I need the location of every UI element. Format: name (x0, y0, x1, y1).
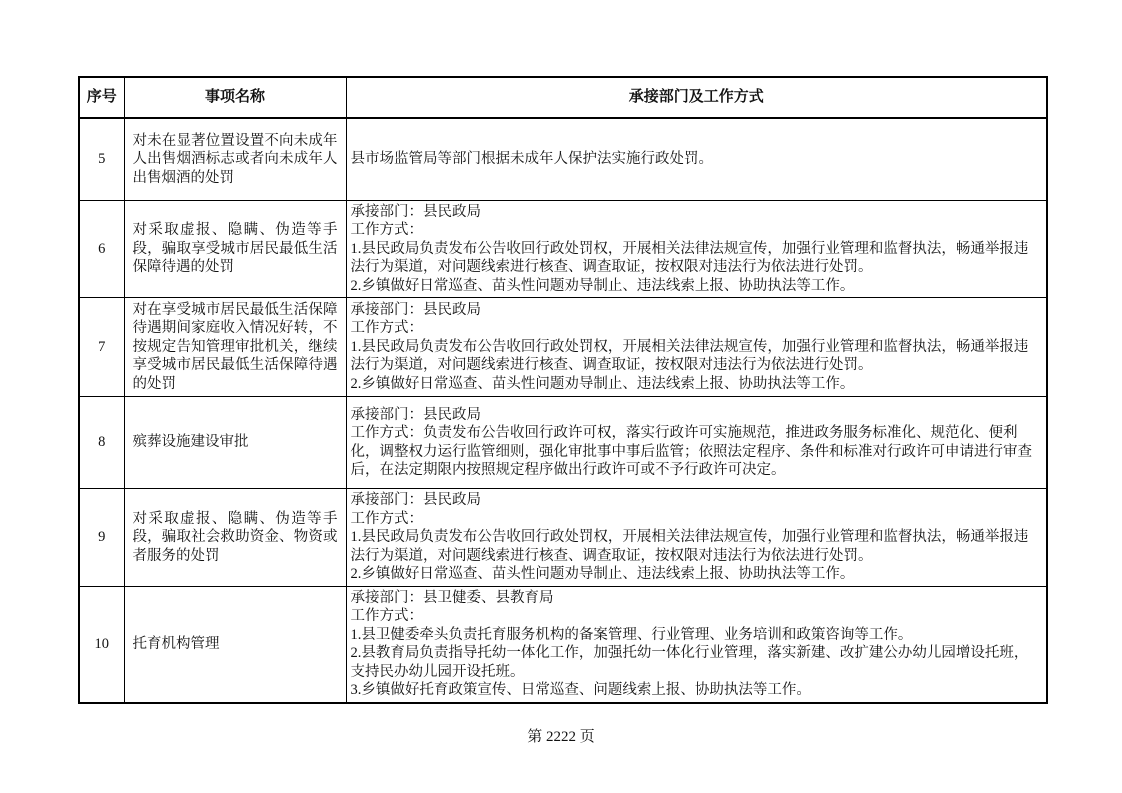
detail-line: 1.县卫健委牵头负责托育服务机构的备案管理、行业管理、业务培训和政策咨询等工作。 (351, 626, 1042, 645)
item-name-cell: 殡葬设施建设审批 (124, 397, 346, 489)
page-number: 第 2222 页 (0, 725, 1122, 746)
detail-line: 2.乡镇做好日常巡查、苗头性问题劝导制止、违法线索上报、协助执法等工作。 (351, 565, 1042, 584)
item-name-cell: 对采取虚报、隐瞒、伪造等手段，骗取享受城市居民最低生活保障待遇的处罚 (124, 200, 346, 298)
dept-method-cell: 承接部门：县民政局工作方式：1.县民政局负责发布公告收回行政处罚权，开展相关法律… (346, 298, 1047, 397)
dept-method-cell: 县市场监管局等部门根据未成年人保护法实施行政处罚。 (346, 118, 1047, 200)
header-item-name: 事项名称 (124, 77, 346, 118)
item-name-cell: 对在享受城市居民最低生活保障待遇期间家庭收入情况好转，不按规定告知管理审批机关，… (124, 298, 346, 397)
detail-line: 承接部门：县卫健委、县教育局 (351, 589, 1042, 608)
row-number-cell: 10 (79, 586, 124, 703)
detail-line: 1.县民政局负责发布公告收回行政处罚权，开展相关法律法规宣传，加强行业管理和监督… (351, 240, 1042, 277)
document-page: 序号 事项名称 承接部门及工作方式 5对未在显著位置设置不向未成年人出售烟酒标志… (0, 0, 1122, 793)
detail-line: 承接部门：县民政局 (351, 406, 1042, 425)
detail-line: 县市场监管局等部门根据未成年人保护法实施行政处罚。 (351, 150, 1042, 169)
dept-method-cell: 承接部门：县民政局工作方式：1.县民政局负责发布公告收回行政处罚权，开展相关法律… (346, 489, 1047, 587)
table-row: 10托育机构管理承接部门：县卫健委、县教育局工作方式：1.县卫健委牵头负责托育服… (79, 586, 1047, 703)
row-number-cell: 5 (79, 118, 124, 200)
detail-line: 1.县民政局负责发布公告收回行政处罚权，开展相关法律法规宣传，加强行业管理和监督… (351, 528, 1042, 565)
detail-line: 承接部门：县民政局 (351, 203, 1042, 222)
table-row: 6对采取虚报、隐瞒、伪造等手段，骗取享受城市居民最低生活保障待遇的处罚承接部门：… (79, 200, 1047, 298)
table-row: 5对未在显著位置设置不向未成年人出售烟酒标志或者向未成年人出售烟酒的处罚县市场监… (79, 118, 1047, 200)
detail-line: 承接部门：县民政局 (351, 491, 1042, 510)
row-number-cell: 8 (79, 397, 124, 489)
detail-line: 1.县民政局负责发布公告收回行政处罚权，开展相关法律法规宣传，加强行业管理和监督… (351, 338, 1042, 375)
table-header-row: 序号 事项名称 承接部门及工作方式 (79, 77, 1047, 118)
row-number-cell: 9 (79, 489, 124, 587)
detail-line: 2.乡镇做好日常巡查、苗头性问题劝导制止、违法线索上报、协助执法等工作。 (351, 277, 1042, 296)
items-table: 序号 事项名称 承接部门及工作方式 5对未在显著位置设置不向未成年人出售烟酒标志… (78, 76, 1048, 704)
detail-line: 工作方式： (351, 510, 1042, 529)
row-number-cell: 6 (79, 200, 124, 298)
detail-line: 工作方式： (351, 607, 1042, 626)
header-dept-method: 承接部门及工作方式 (346, 77, 1047, 118)
table-body: 5对未在显著位置设置不向未成年人出售烟酒标志或者向未成年人出售烟酒的处罚县市场监… (79, 118, 1047, 703)
detail-line: 工作方式：负责发布公告收回行政许可权，落实行政许可实施规范，推进政务服务标准化、… (351, 424, 1042, 480)
item-name-cell: 托育机构管理 (124, 586, 346, 703)
detail-line: 承接部门：县民政局 (351, 301, 1042, 320)
detail-line: 工作方式： (351, 319, 1042, 338)
table-row: 8殡葬设施建设审批承接部门：县民政局工作方式：负责发布公告收回行政许可权，落实行… (79, 397, 1047, 489)
detail-line: 3.乡镇做好托育政策宣传、日常巡查、问题线索上报、协助执法等工作。 (351, 681, 1042, 700)
dept-method-cell: 承接部门：县民政局工作方式：负责发布公告收回行政许可权，落实行政许可实施规范，推… (346, 397, 1047, 489)
header-seq-number: 序号 (79, 77, 124, 118)
detail-line: 工作方式： (351, 221, 1042, 240)
item-name-cell: 对采取虚报、隐瞒、伪造等手段，骗取社会救助资金、物资或者服务的处罚 (124, 489, 346, 587)
table-row: 7对在享受城市居民最低生活保障待遇期间家庭收入情况好转，不按规定告知管理审批机关… (79, 298, 1047, 397)
detail-line: 2.乡镇做好日常巡查、苗头性问题劝导制止、违法线索上报、协助执法等工作。 (351, 375, 1042, 394)
dept-method-cell: 承接部门：县卫健委、县教育局工作方式：1.县卫健委牵头负责托育服务机构的备案管理… (346, 586, 1047, 703)
table-row: 9对采取虚报、隐瞒、伪造等手段，骗取社会救助资金、物资或者服务的处罚承接部门：县… (79, 489, 1047, 587)
item-name-cell: 对未在显著位置设置不向未成年人出售烟酒标志或者向未成年人出售烟酒的处罚 (124, 118, 346, 200)
detail-line: 2.县教育局负责指导托幼一体化工作，加强托幼一体化行业管理，落实新建、改扩建公办… (351, 644, 1042, 681)
dept-method-cell: 承接部门：县民政局工作方式：1.县民政局负责发布公告收回行政处罚权，开展相关法律… (346, 200, 1047, 298)
row-number-cell: 7 (79, 298, 124, 397)
